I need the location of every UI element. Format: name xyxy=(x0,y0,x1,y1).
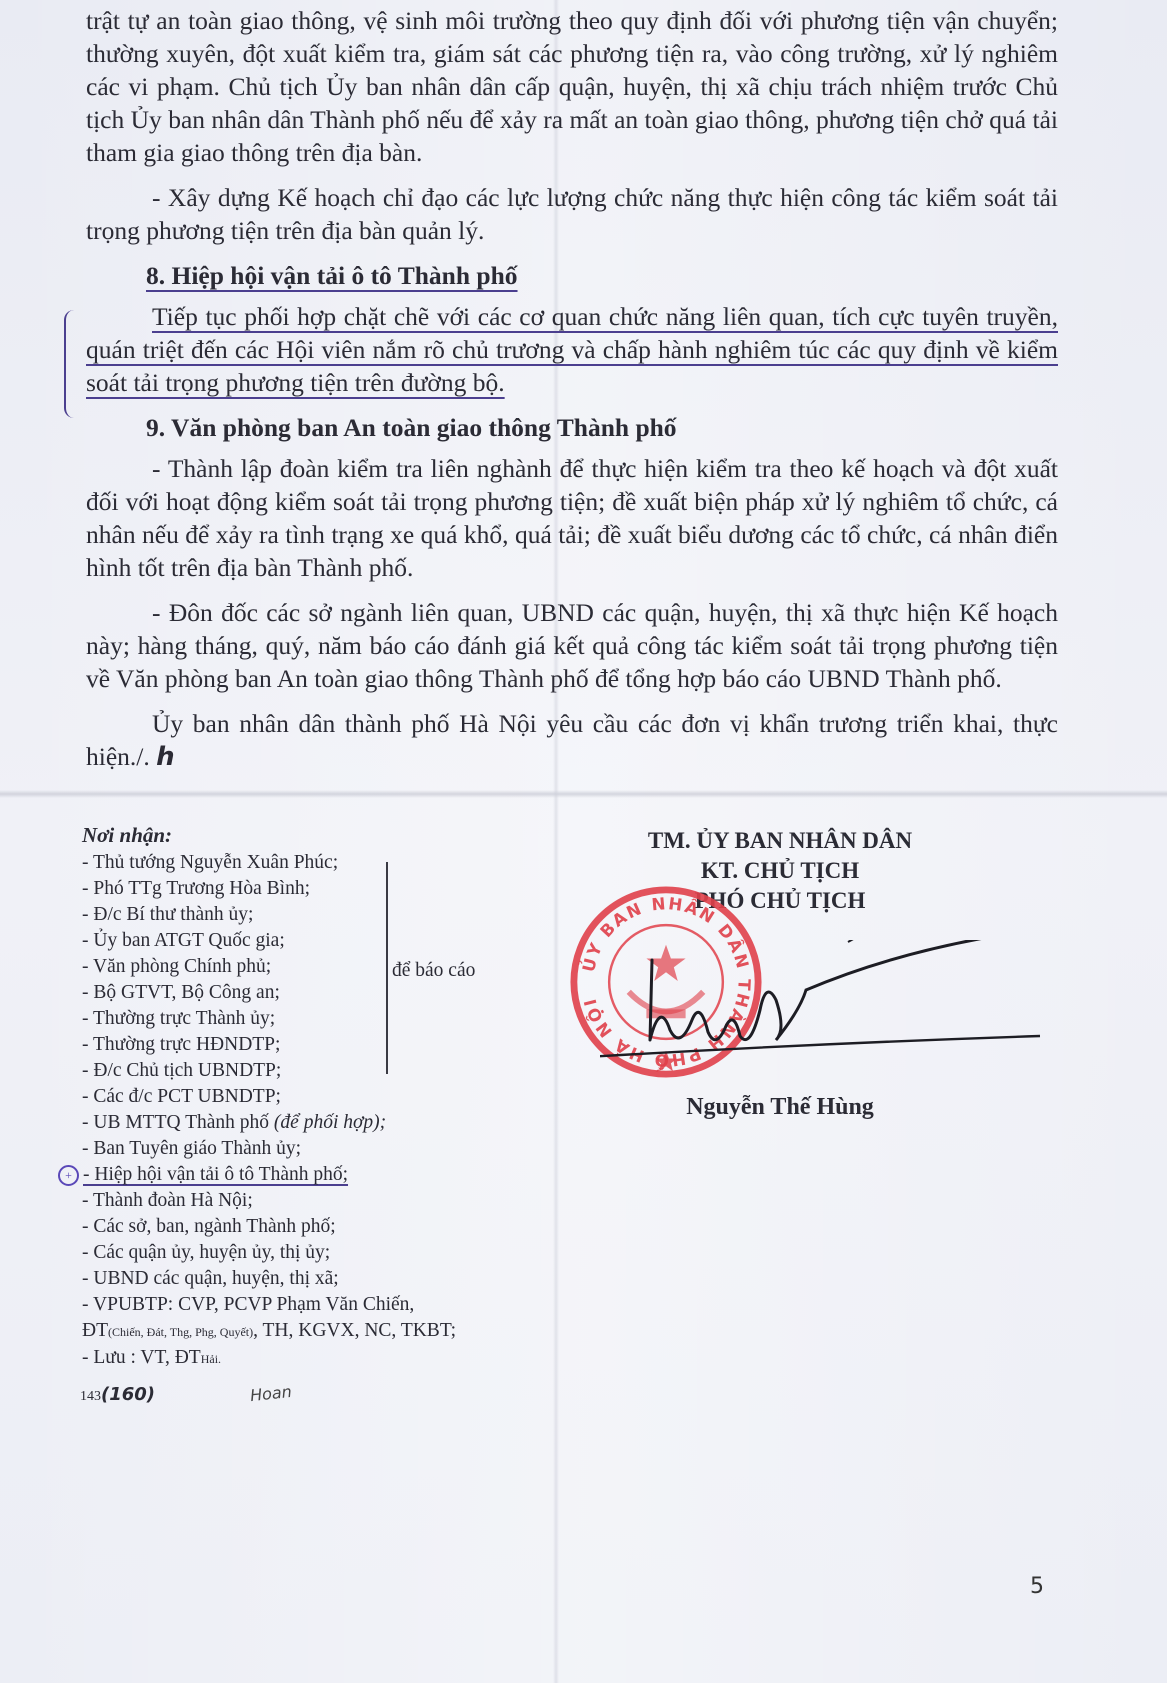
paper-fold-horizontal xyxy=(0,790,1167,798)
signature-line-1: TM. ỦY BAN NHÂN DÂN xyxy=(600,826,960,856)
recipients-list: Nơi nhận: - Thủ tướng Nguyễn Xuân Phúc; … xyxy=(82,822,542,1372)
handwritten-check-mark: h xyxy=(156,742,175,772)
section-8-heading: 8. Hiệp hội vận tải ô tô Thành phố xyxy=(86,259,1058,292)
recipient-item: - Ban Tuyên giáo Thành ủy; xyxy=(82,1136,542,1162)
recipient-item: - Các sở, ban, ngành Thành phố; xyxy=(82,1214,542,1240)
intro-paragraph: trật tự an toàn giao thông, vệ sinh môi … xyxy=(86,4,1058,169)
recipient-item-dt: ĐT(Chiến, Đát, Thg, Phg, Quyết), TH, KGV… xyxy=(82,1318,542,1345)
signer-name: Nguyễn Thế Hùng xyxy=(600,1094,960,1121)
recipients-group-note: để báo cáo xyxy=(392,960,475,982)
recipient-item: - Các đ/c PCT UBNDTP; xyxy=(82,1084,542,1110)
recipient-item-archive: - Lưu : VT, ĐTHải. xyxy=(82,1345,542,1372)
intro-bullet: - Xây dựng Kế hoạch chỉ đạo các lực lượn… xyxy=(86,181,1058,247)
recipient-item: - Thủ tướng Nguyễn Xuân Phúc; xyxy=(82,850,542,876)
section-9-heading: 9. Văn phòng ban An toàn giao thông Thàn… xyxy=(86,411,1058,444)
handwritten-initials: Hoan xyxy=(249,1382,293,1405)
page-number: 5 xyxy=(1030,1574,1044,1599)
handwritten-signature xyxy=(600,940,1080,1090)
section-8-paragraph: Tiếp tục phối hợp chặt chẽ với các cơ qu… xyxy=(86,300,1058,399)
recipient-item: - Đ/c Bí thư thành ủy; xyxy=(82,902,542,928)
recipient-item: - Thành đoàn Hà Nội; xyxy=(82,1188,542,1214)
recipient-item: - VPUBTP: CVP, PCVP Phạm Văn Chiến, xyxy=(82,1292,542,1318)
recipient-item-highlighted: +- Hiệp hội vận tải ô tô Thành phố; xyxy=(82,1162,542,1188)
recipient-item: - Ủy ban ATGT Quốc gia; xyxy=(82,928,542,954)
recipient-item: - Phó TTg Trương Hòa Bình; xyxy=(82,876,542,902)
recipient-item: - Các quận ủy, huyện ủy, thị ủy; xyxy=(82,1240,542,1266)
signature-line-2: KT. CHỦ TỊCH xyxy=(600,856,960,886)
recipient-item: - UBND các quận, huyện, thị xã; xyxy=(82,1266,542,1292)
recipient-item: - Bộ GTVT, Bộ Công an; xyxy=(82,980,542,1006)
recipient-item-mttq: - UB MTTQ Thành phố (để phối hợp); xyxy=(82,1110,542,1136)
closing-paragraph: Ủy ban nhân dân thành phố Hà Nội yêu cầu… xyxy=(86,707,1058,774)
recipients-label: Nơi nhận: xyxy=(82,822,542,848)
recipient-item: - Thường trực Thành ủy; xyxy=(82,1006,542,1032)
reference-number: 143(160) xyxy=(80,1384,155,1405)
recipient-item: - Đ/c Chủ tịch UBNDTP; xyxy=(82,1058,542,1084)
section-9-paragraph-2: - Đôn đốc các sở ngành liên quan, UBND c… xyxy=(86,596,1058,695)
circled-plus-mark-icon: + xyxy=(58,1165,79,1186)
recipient-item: - Thường trực HĐNDTP; xyxy=(82,1032,542,1058)
recipients-group-bracket xyxy=(386,862,388,1074)
section-9-paragraph-1: - Thành lập đoàn kiểm tra liên nghành để… xyxy=(86,452,1058,584)
handwritten-bracket-annotation xyxy=(64,310,82,418)
document-page: trật tự an toàn giao thông, vệ sinh môi … xyxy=(0,0,1167,1683)
document-body: trật tự an toàn giao thông, vệ sinh môi … xyxy=(86,4,1058,786)
